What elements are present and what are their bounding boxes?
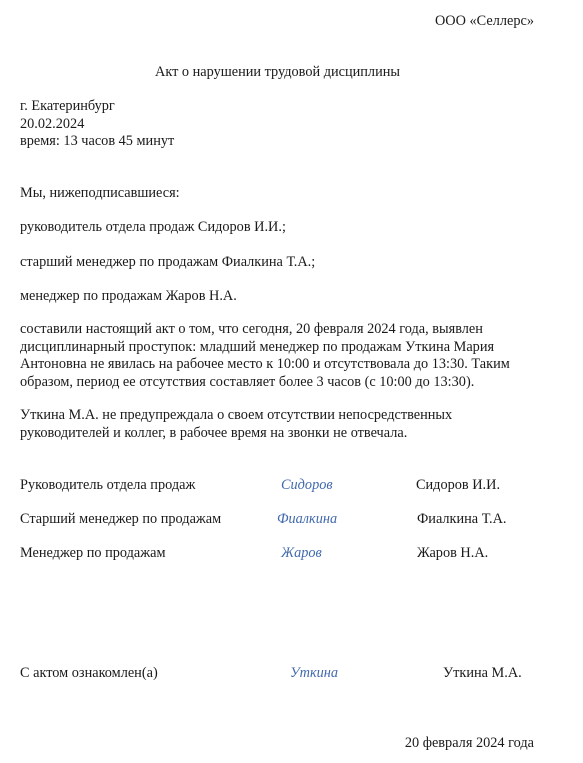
handwritten-signature: Уткина [290,665,338,682]
member-line: менеджер по продажам Жаров Н.А. [20,288,237,305]
body-paragraph-1: составили настоящий акт о том, что сегод… [20,321,540,391]
closing-date: 20 февраля 2024 года [405,735,534,752]
signature-position: Менеджер по продажам [20,545,166,562]
company-name: ООО «Селлерс» [435,13,534,30]
date: 20.02.2024 [20,116,84,133]
signatory-name: Фиалкина Т.А. [417,511,507,528]
time: время: 13 часов 45 минут [20,133,174,150]
city: г. Екатеринбург [20,98,115,115]
body-paragraph-2: Уткина М.А. не предупреждала о своем отс… [20,407,540,442]
handwritten-signature: Жаров [281,545,322,562]
signatory-name: Уткина М.А. [443,665,522,682]
signatory-name: Жаров Н.А. [417,545,488,562]
acknowledgement-label: С актом ознакомлен(а) [20,665,158,682]
member-line: руководитель отдела продаж Сидоров И.И.; [20,219,286,236]
handwritten-signature: Сидоров [281,477,333,494]
intro-text: Мы, нижеподписавшиеся: [20,185,180,202]
handwritten-signature: Фиалкина [277,511,337,528]
signatory-name: Сидоров И.И. [416,477,500,494]
member-line: старший менеджер по продажам Фиалкина Т.… [20,254,315,271]
signature-position: Старший менеджер по продажам [20,511,221,528]
document-title: Акт о нарушении трудовой дисциплины [0,64,555,81]
signature-position: Руководитель отдела продаж [20,477,195,494]
